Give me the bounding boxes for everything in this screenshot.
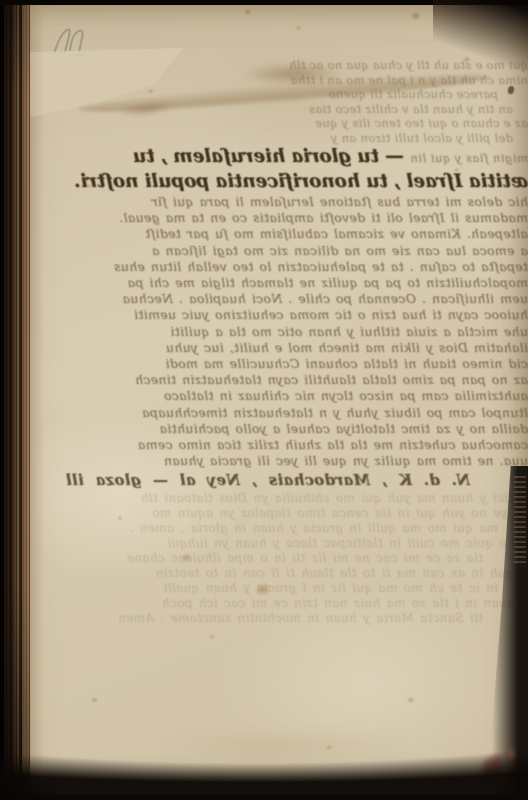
heading-text-1: tu gloria hieruſalem , tu — [133, 146, 379, 167]
bleed-line: huiooc cayn ti hua tzin o tic moma cehui… — [92, 307, 528, 323]
stacked-page-edges — [514, 476, 526, 566]
bleed-line: mopalchuilitzin to pa pa quiliz ne tlama… — [92, 275, 528, 291]
bleed-line: del pilli y alcol tulli tizon an y — [92, 131, 528, 146]
bleedthrough-text: qui mo e sta uh tli y chua qua no ac tlh… — [92, 58, 528, 626]
bleed-ghost-line: ca ye no yuh qui in tla cenca timo tlapa… — [92, 506, 528, 521]
bleed-line: ilahatim Dios y ilkin ma tinech mol e hu… — [92, 340, 528, 356]
fold-stain-blob — [230, 60, 355, 88]
bleed-heading-line-2: ætitia Iſrael , tu honorificentia populi… — [92, 170, 528, 194]
bleed-ghost-line: tla za ce mi cac ne mi liz tli in o mpa … — [92, 551, 528, 566]
bottom-left-corner-shadow — [0, 754, 90, 800]
book-scan: qui mo e sta uh tli y chua qua no ac tlh… — [0, 0, 528, 800]
bleed-ghost-line: yn o quic mo cuili in tlalticpac tlaca y… — [92, 536, 528, 551]
bleed-line: az e chuan o qui teo tenc ilis y que — [92, 116, 528, 131]
bleed-ghost-line: auh in ax can ma ti to tla tlauh ti li c… — [92, 566, 528, 581]
bleed-line: az no pan pa zimo tlatla tlauhtili cayn … — [92, 372, 528, 388]
bleed-ghost-line: in ic te ch mo ma qui liz in i gracia y … — [92, 581, 528, 596]
bleed-ghost-line: ma qui mo ma quili in gracia y huan in g… — [92, 521, 528, 536]
heading-dash: — — [379, 146, 410, 167]
bleed-ghost-line: y huan in i tla zo ma huiz nan tzin ce m… — [92, 596, 528, 611]
bleed-line: auhtzimilia cam pa nizco tlcyn nic chihu… — [92, 388, 528, 404]
bleed-line: uem ilhuiſican . Ocennah po chile . Noci… — [92, 291, 528, 307]
bleed-ghost-line: tli Sancta Maria y huan in mochintin san… — [92, 611, 528, 626]
bleed-line: uhe mictla a ziuia titlhui y hnan otic m… — [92, 324, 528, 340]
bleed-flourish-line: N. d. K , Mardochais , Ney al — gloza il… — [92, 469, 528, 491]
bleed-line: cid nimeo tiauh ni tlatla cohuani Cchuuc… — [92, 356, 528, 372]
bleed-line: dailla no y za timc tlatoltiya cahuel a … — [92, 421, 528, 437]
bleed-line: tepaſta to caſun . ta te palehuicatzin l… — [92, 259, 528, 275]
bleed-heading-line-1: migin ſias y qui lin — tu gloria hieruſa… — [92, 145, 528, 170]
top-right-corner-shadow — [433, 0, 528, 110]
bleed-line: ltunpol cam po libuiz yhuh y n tlatehuat… — [92, 405, 528, 421]
bleed-line: hic delos mi terra bus ſtatione Ieruſale… — [92, 194, 528, 210]
bleed-line: camochua cuhetzin me tla tla zhuih tzili… — [92, 437, 528, 453]
heading-lead-fragment: migin ſias y qui lin — [410, 151, 528, 165]
gutter-shadow — [22, 0, 44, 800]
page: qui mo e sta uh tli y chua qua no ac tlh… — [18, 4, 528, 795]
bleed-ghost-line: tici y huan ma yuh qui mo chihuilia yn D… — [92, 491, 528, 506]
bleed-line: altepeah. Kimano ve zicamal cabuliſsim m… — [92, 226, 528, 242]
bleed-line: a emoca lua can zie mo na dilican zic mo… — [92, 243, 528, 259]
bleed-line: madamus il Iſrael oli ti devoſti ampliat… — [92, 210, 528, 226]
bleed-line: uua. ne timo ma quiliz yn que lli yec il… — [92, 453, 528, 469]
